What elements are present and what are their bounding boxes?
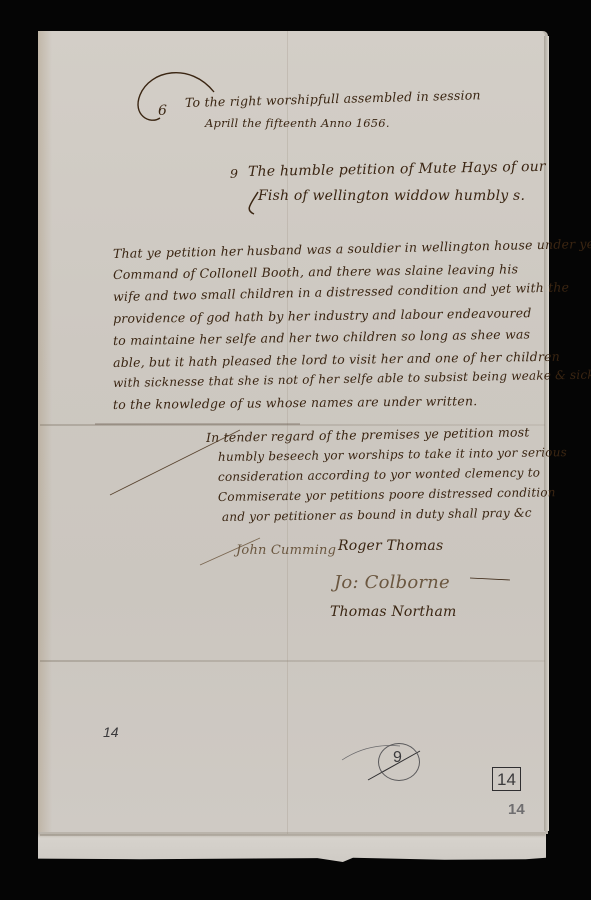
petition-title-line-2: Fish of wellington widdow humbly s. (258, 188, 525, 204)
page-edge (544, 36, 549, 831)
circled-number: 9 (393, 749, 402, 767)
fold-line (40, 660, 545, 662)
fold-line (40, 834, 545, 836)
signature: Roger Thomas (338, 538, 443, 554)
signature: Thomas Northam (330, 604, 456, 620)
boxed-folio-number: 14 (492, 767, 521, 791)
address-line-2: Aprill the fifteenth Anno 1656. (205, 116, 390, 130)
signature: John Cumming (236, 543, 336, 558)
page-bottom-fold (38, 834, 546, 862)
section-marker: 9 (230, 166, 238, 181)
section-marker: 6 (158, 103, 167, 119)
folio-number-left: 14 (103, 724, 119, 740)
folio-number-lower: 14 (508, 801, 525, 818)
signature: Jo: Colborne (334, 572, 450, 593)
